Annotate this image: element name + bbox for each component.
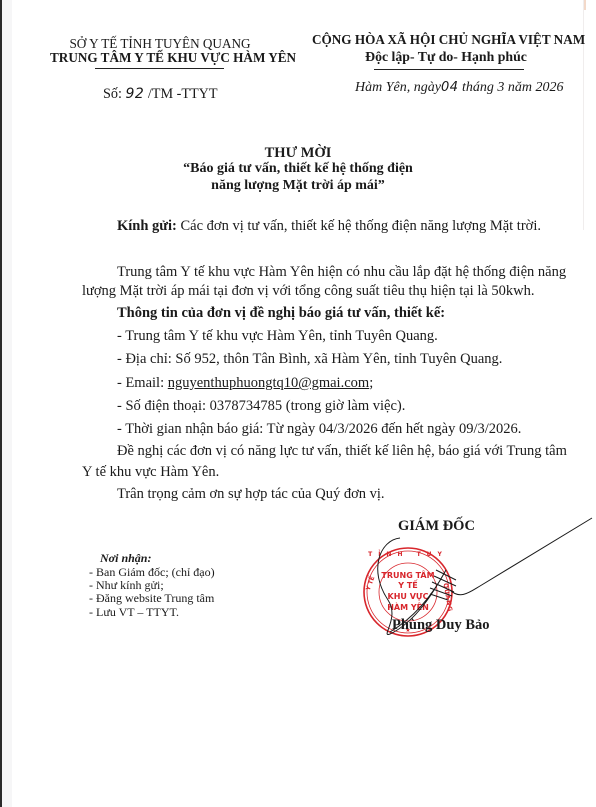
national-motto: Độc lập- Tự do- Hạnh phúc [312, 49, 580, 65]
salutation: Kính gửi: Các đơn vị tư vấn, thiết kế hệ… [117, 218, 541, 235]
recipient-item: - Đăng website Trung tâm [89, 591, 214, 606]
document-date: Hàm Yên, ngày04 tháng 3 năm 2026 [355, 80, 563, 96]
document-title: THƯ MỜI [0, 145, 596, 162]
closing-thanks: Trân trọng cảm ơn sự hợp tác của Quý đơn… [117, 486, 385, 503]
info-item-address: - Địa chỉ: Số 952, thôn Tân Bình, xã Hàm… [117, 351, 502, 368]
email-suffix: ; [369, 375, 373, 391]
recipients-label: Nơi nhận: [100, 551, 151, 566]
paragraph-2-line1: Đề nghị các đơn vị có năng lực tư vấn, t… [117, 443, 567, 460]
scan-edge-strip [2, 0, 12, 807]
scan-edge-tint [584, 0, 586, 10]
email-link[interactable]: nguyenthuphuongtq10@gmai.com [168, 375, 369, 391]
info-item-organization: - Trung tâm Y tế khu vực Hàm Yên, tỉnh T… [117, 328, 438, 345]
email-label: - Email: [117, 375, 168, 391]
signer-title: GIÁM ĐỐC [398, 518, 475, 535]
document-number-prefix: Số: [103, 86, 125, 102]
svg-text:TRUNG TÂM: TRUNG TÂM [381, 569, 434, 580]
date-suffix: tháng 3 năm 2026 [458, 80, 563, 95]
document-subtitle-line2: năng lượng Mặt trời áp mái” [0, 178, 596, 194]
info-item-phone: - Số điện thoại: 0378734785 (trong giờ l… [117, 398, 405, 415]
paragraph-1-line1: Trung tâm Y tế khu vực Hàm Yên hiện có n… [117, 264, 566, 281]
document-number: Số: 92 /TM -TTYT [103, 86, 218, 103]
svg-text:KHU VỰC: KHU VỰC [388, 592, 429, 601]
document-number-handwritten: 92 [125, 86, 144, 102]
header-right-rule [374, 69, 524, 70]
national-title: CỘNG HÒA XÃ HỘI CHỦ NGHĨA VIỆT NAM [312, 32, 580, 48]
paragraph-1-line2: lượng Mặt trời áp mái tại đơn vị với tổn… [82, 283, 535, 300]
salutation-text: Các đơn vị tư vấn, thiết kế hệ thống điệ… [177, 218, 541, 234]
date-prefix: Hàm Yên, ngày [355, 80, 441, 95]
info-heading: Thông tin của đơn vị đề nghị báo giá tư … [117, 305, 445, 322]
date-day-handwritten: 04 [441, 80, 459, 95]
info-item-deadline: - Thời gian nhận báo giá: Từ ngày 04/3/2… [117, 421, 521, 438]
issuing-organization: TRUNG TÂM Y TẾ KHU VỰC HÀM YÊN [50, 50, 270, 66]
document-number-suffix: /TM -TTYT [144, 86, 217, 102]
paragraph-2-line2: Y tế khu vực Hàm Yên. [82, 464, 219, 481]
signer-name: Phùng Duy Bảo [392, 617, 490, 634]
salutation-label: Kính gửi: [117, 218, 177, 234]
document-subtitle-line1: “Báo giá tư vấn, thiết kế hệ thống điện [0, 161, 596, 177]
header-left-rule [95, 68, 224, 69]
info-item-email: - Email: nguyenthuphuongtq10@gmai.com; [117, 375, 373, 392]
recipient-item: - Lưu VT – TTYT. [89, 605, 179, 620]
